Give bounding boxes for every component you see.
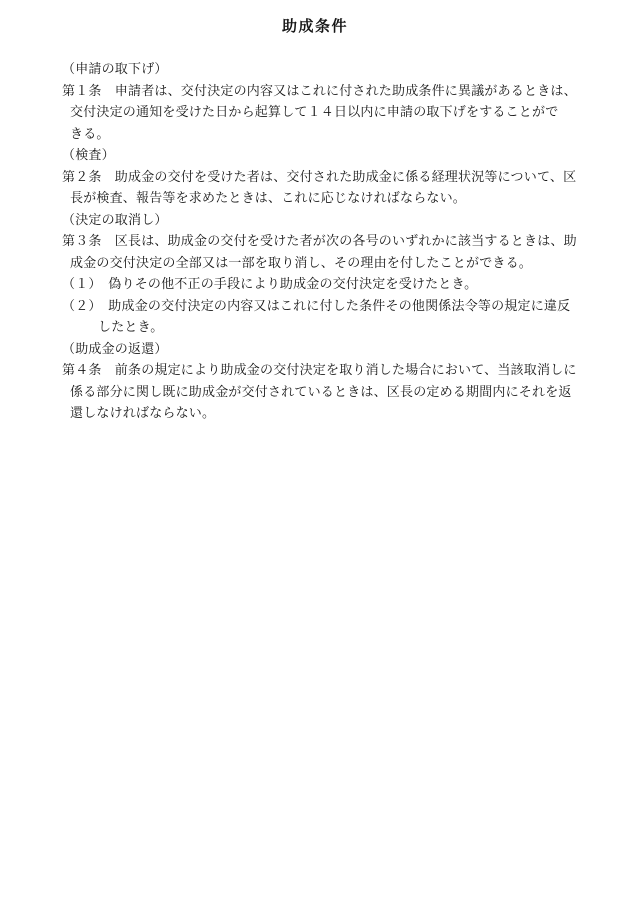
text-line: 係る部分に関し既に助成金が交付されているときは、区長の定める期間内にそれを返 — [62, 381, 592, 403]
text-line: 長が検査、報告等を求めたときは、これに応じなければならない。 — [62, 187, 592, 209]
text-line: 第１条 申請者は、交付決定の内容又はこれに付された助成条件に異議があるときは、 — [62, 80, 592, 102]
text-line: 第２条 助成金の交付を受けた者は、交付された助成金に係る経理状況等について、区 — [62, 166, 592, 188]
text-line: （助成金の返還） — [62, 338, 592, 360]
document-title: 助成条件 — [0, 0, 630, 35]
text-line: （１） 偽りその他不正の手段により助成金の交付決定を受けたとき。 — [62, 273, 592, 295]
text-line: （申請の取下げ） — [62, 58, 592, 80]
text-line: （２） 助成金の交付決定の内容又はこれに付した条件その他関係法令等の規定に違反 — [62, 295, 592, 317]
text-line: 還しなければならない。 — [62, 402, 592, 424]
document-page: 助成条件 （申請の取下げ）第１条 申請者は、交付決定の内容又はこれに付された助成… — [0, 0, 630, 903]
text-line: したとき。 — [62, 316, 592, 338]
text-line: （決定の取消し） — [62, 209, 592, 231]
text-line: （検査） — [62, 144, 592, 166]
text-line: 成金の交付決定の全部又は一部を取り消し、その理由を付したことができる。 — [62, 252, 592, 274]
text-line: 第４条 前条の規定により助成金の交付決定を取り消した場合において、当該取消しに — [62, 359, 592, 381]
document-body: （申請の取下げ）第１条 申請者は、交付決定の内容又はこれに付された助成条件に異議… — [0, 58, 630, 424]
text-line: 交付決定の通知を受けた日から起算して１４日以内に申請の取下げをすることがで — [62, 101, 592, 123]
text-line: 第３条 区長は、助成金の交付を受けた者が次の各号のいずれかに該当するときは、助 — [62, 230, 592, 252]
text-line: きる。 — [62, 123, 592, 145]
